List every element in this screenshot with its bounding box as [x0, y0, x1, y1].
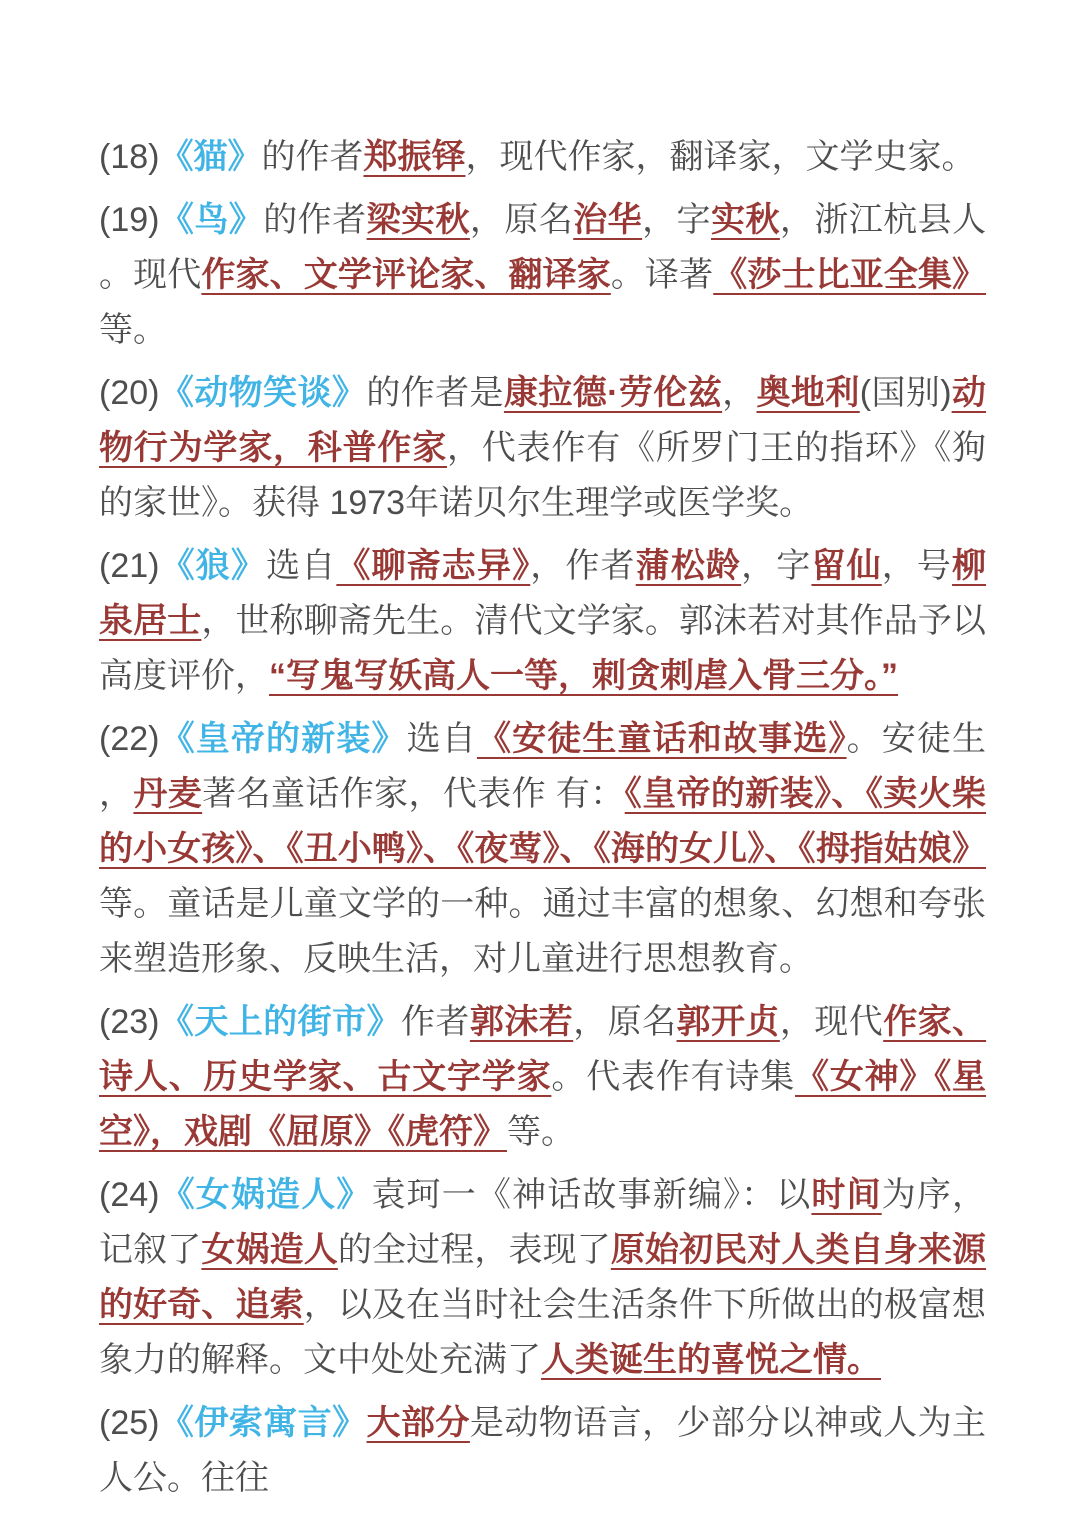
key-term: 女娲造人 [201, 1231, 337, 1269]
key-term: 实秋 [711, 201, 780, 239]
key-term: “写鬼写妖高人一等，刺贪刺虐入骨三分。” [269, 657, 898, 695]
list-item-24: (24)《女娲造人》袁珂一《神话故事新编》：以时间为序，记叙了女娲造人的全过程，… [99, 1168, 986, 1388]
text-segment: 等。 [99, 311, 167, 349]
key-term: 《聊斋志异》 [336, 547, 530, 585]
text-segment: (24) [99, 1176, 159, 1214]
key-term: 留仙 [811, 547, 881, 585]
key-term: 蒲松龄 [636, 547, 741, 585]
key-term: 郭开贞 [677, 1003, 780, 1041]
text-segment: 等。 [507, 1113, 575, 1151]
book-title: 《鸟》 [159, 201, 263, 239]
key-term: 郑振铎 [363, 138, 465, 176]
text-segment: (23) [99, 1003, 159, 1041]
key-term: 大部分 [367, 1404, 470, 1442]
text-segment: (18) [99, 138, 159, 176]
text-segment: ，号 [882, 547, 952, 585]
key-term: 梁实秋 [367, 201, 470, 239]
text-segment: 选自 [266, 547, 336, 585]
text-segment: 的作者 [261, 138, 363, 176]
text-segment: (25) [99, 1404, 159, 1442]
text-segment: 袁珂一《神话故事新编》：以 [372, 1176, 812, 1214]
text-segment: (22) [99, 720, 159, 758]
text-segment: ，现代作家，翻译家，文学史家。 [465, 138, 975, 176]
key-term: 奥地利 [757, 374, 860, 412]
list-item-21: (21)《狼》选自《聊斋志异》，作者蒲松龄，字留仙，号柳泉居士，世称聊斋先生。清… [99, 539, 986, 704]
list-item-20: (20)《动物笑谈》的作者是康拉德·劳伦兹，奥地利(国别)动物行为学家，科普作家… [99, 366, 986, 531]
list-item-22: (22)《皇帝的新装》选自《安徒生童话和故事选》。安徒生，丹麦著名童话作家，代表… [99, 712, 986, 987]
text-segment: 。代表作有诗集 [551, 1058, 795, 1096]
key-term: 丹麦 [133, 775, 202, 813]
book-title: 《动物笑谈》 [159, 374, 366, 412]
text-segment: ， [722, 374, 756, 412]
key-term: 《莎士比亚全集》 [713, 256, 986, 294]
list-item-25: (25)《伊索寓言》大部分是动物语言，少部分以神或人为主人公。往往 [99, 1396, 986, 1506]
text-segment: ，字 [642, 201, 711, 239]
key-term: 郭沫若 [470, 1003, 573, 1041]
text-segment: 的作者是 [366, 374, 504, 412]
text-segment: (19) [99, 201, 159, 239]
text-segment: ，现代 [780, 1003, 883, 1041]
book-title: 《伊索寓言》 [159, 1404, 366, 1442]
text-segment: 的全过程，表现了 [338, 1231, 611, 1269]
text-segment: ，字 [741, 547, 811, 585]
text-segment: 等。童话是儿童文学的一种。通过丰富的想象、幻想和夸张来塑造形象、反映生活，对儿童… [99, 885, 986, 978]
list-item-19: (19)《鸟》的作者梁实秋，原名治华，字实秋，浙江杭县人。现代作家、文学评论家、… [99, 193, 986, 358]
book-title: 《天上的街市》 [159, 1003, 401, 1041]
text-segment: 。译著 [611, 256, 713, 294]
book-title: 《女娲造人》 [159, 1176, 371, 1214]
document-page: (18)《猫》的作者郑振铎，现代作家，翻译家，文学史家。(19)《鸟》的作者梁实… [0, 0, 1080, 1527]
book-title: 《猫》 [159, 138, 261, 176]
key-term: 时间 [811, 1176, 881, 1214]
key-term: 康拉德·劳伦兹 [504, 374, 722, 412]
notes-list: (18)《猫》的作者郑振铎，现代作家，翻译家，文学史家。(19)《鸟》的作者梁实… [99, 130, 986, 1506]
text-segment: 著名童话作家，代表作 有： [202, 775, 625, 813]
book-title: 《皇帝的新装》 [159, 720, 406, 758]
text-segment: (国别) [860, 374, 952, 412]
text-segment: ，原名 [470, 201, 573, 239]
text-segment: ，原名 [573, 1003, 676, 1041]
key-term: 作家、文学评论家、翻译家 [201, 256, 610, 294]
text-segment: 选自 [407, 720, 477, 758]
key-term: 《安徒生童话和故事选》 [477, 720, 847, 758]
list-item-18: (18)《猫》的作者郑振铎，现代作家，翻译家，文学史家。 [99, 130, 986, 185]
book-title: 《狼》 [159, 547, 266, 585]
text-segment: (21) [99, 547, 159, 585]
text-segment: ，作者 [530, 547, 635, 585]
key-term: 人类诞生的喜悦之情。 [541, 1341, 881, 1379]
text-segment: (20) [99, 374, 159, 412]
text-segment: 作者 [401, 1003, 470, 1041]
text-segment: 的作者 [263, 201, 366, 239]
list-item-23: (23)《天上的街市》作者郭沫若，原名郭开贞，现代作家、诗人、历史学家、古文字学… [99, 995, 986, 1160]
key-term: 治华 [573, 201, 642, 239]
